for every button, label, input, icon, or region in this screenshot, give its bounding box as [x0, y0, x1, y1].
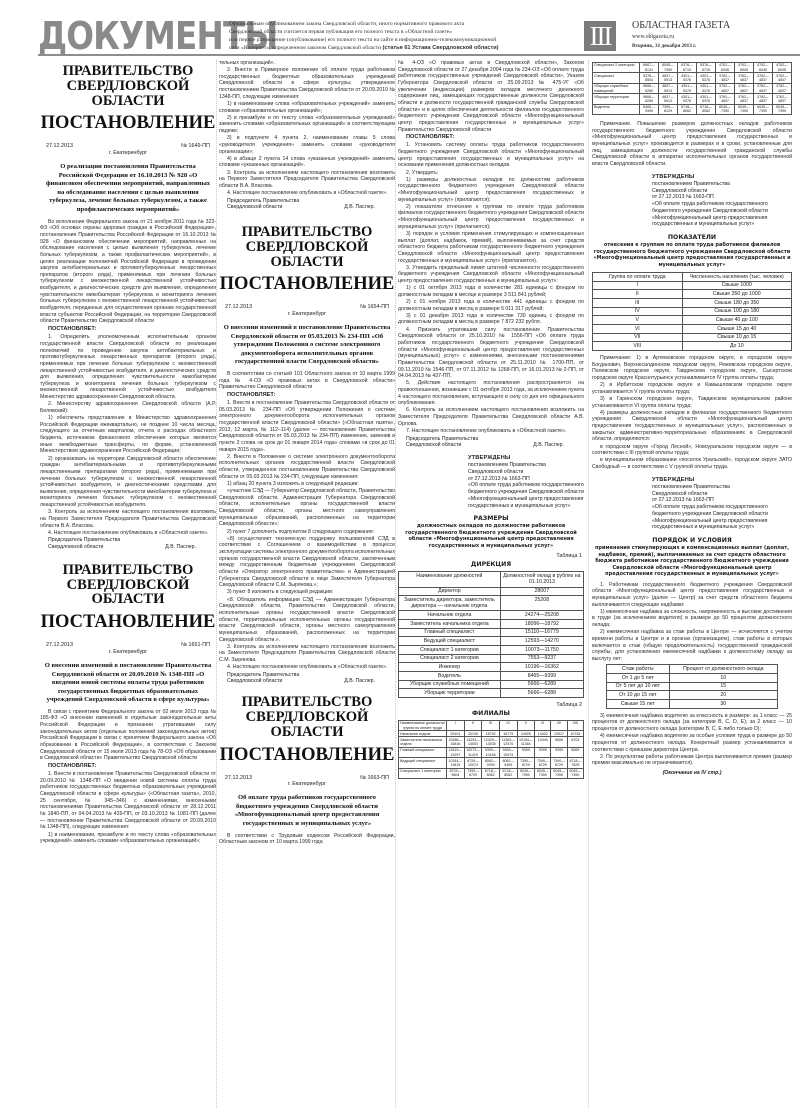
table-cell: 10154—11364 — [517, 737, 535, 747]
table-title: ДИРЕКЦИЯ — [398, 561, 584, 569]
table-cell: 28007 — [500, 587, 583, 596]
table-row: Водитель8465—9399 — [399, 672, 584, 681]
table-cell: 3762—4837 — [715, 83, 734, 93]
table-row: Главный специалист15110—16779 — [399, 628, 584, 637]
table-row: VIСвыше 15 до 40 — [593, 325, 792, 334]
decree-item: тельных организаций». — [219, 60, 395, 67]
approved-line: от 27.12.2013 № 1663-ПП — [468, 476, 584, 483]
decree-item: 1) размеры должностных окладов по должно… — [398, 177, 584, 204]
decree-number: № 1651-ПП — [181, 642, 210, 649]
decree-title: Об оплате труда работников государственн… — [223, 794, 391, 828]
decree-item: 3. Контроль за исполнением настоящего по… — [219, 644, 395, 664]
table-cell: 8062—9399 — [482, 758, 500, 768]
table-cell: 3762—4837 — [715, 94, 734, 104]
table-cell: Заместитель директора, заместитель дирек… — [399, 596, 501, 611]
table-cell: I — [593, 281, 683, 290]
decree-item: «участник СЭД — Губернатор Свердловской … — [219, 488, 395, 528]
page-number-badge: III — [584, 21, 616, 51]
gov-name-line: ПРАВИТЕЛЬСТВО — [219, 695, 395, 710]
table-row: VIIСвыше 10 до 15 — [593, 333, 792, 342]
gov-name-line: ПРАВИТЕЛЬСТВО — [219, 225, 395, 240]
table-cell: 3762—4837 — [734, 83, 753, 93]
decree-intro: Во исполнение Федерального закона от 21 … — [40, 219, 216, 326]
approved-label: УТВЕРЖДЕНЫ — [652, 477, 695, 483]
decree-date: 27.12.2013 — [225, 775, 252, 782]
approved-line: от 27.12.2013 № 1663-ПП — [652, 497, 792, 504]
table-row: IIСвыше 350 до 1000 — [593, 290, 792, 299]
table-cell: 3762—4837 — [753, 73, 772, 83]
decree-date: 27.12.2013 — [46, 642, 73, 649]
table-cell: 4702—6045 — [734, 63, 753, 73]
table-cell: 6718—7629 — [567, 758, 583, 768]
table-cell: 10344—11819 — [447, 758, 465, 768]
column-1: ПРАВИТЕЛЬСТВО СВЕРДЛОВСКОЙ ОБЛАСТИ ПОСТА… — [40, 60, 216, 845]
decree-item: 4. Признать утратившим силу постановлени… — [398, 327, 584, 380]
salary-table-directorate: Наименование должностей Должностной окла… — [398, 571, 584, 698]
signer-name: Д.В. Паслер. — [344, 204, 375, 211]
table-cell: 12593—14270 — [500, 637, 583, 646]
table-row: Специалист 1 категории8729—96047390—8729… — [399, 768, 584, 778]
table-cell: 7390—8129 — [658, 104, 677, 114]
table-row: IVСвыше 100 до 180 — [593, 307, 792, 316]
table-cell: Свыше 100 до 180 — [682, 307, 791, 316]
resolves-label: ПОСТАНОВЛЯЕТ: — [48, 763, 216, 770]
decree-item: 1. Установить систему оплаты труда работ… — [398, 142, 584, 169]
table-header: IV — [499, 720, 517, 730]
table-cell: 6045—7390 — [753, 104, 772, 114]
table-cell: 3762—4837 — [753, 83, 772, 93]
table-cell: 6718—8062 — [677, 104, 696, 114]
table-cell: Водитель — [399, 672, 501, 681]
table-cell: 7390—8729 — [517, 758, 535, 768]
table-cell: 4702—6045 — [772, 63, 791, 73]
table-body: IСвыше 1000IIСвыше 350 до 1000IIIСвыше 1… — [593, 281, 792, 350]
gov-name-line: СВЕРДЛОВСКОЙ — [219, 710, 395, 725]
section-subtitle: отнесения к группам по оплате труда рабо… — [592, 242, 792, 268]
column-divider — [395, 60, 396, 1108]
table-cell: III — [593, 299, 683, 308]
table-cell: 6045—7390 — [551, 768, 567, 778]
table-cell: 8062—9399 — [499, 758, 517, 768]
table-header: Численность населения (тыс. человек) — [682, 273, 791, 282]
gov-name-line: СВЕРДЛОВСКОЙ — [219, 240, 395, 255]
table-header: Стаж работы — [607, 665, 670, 674]
table-row: От 1 до 5 лет10 — [607, 674, 778, 683]
table-cell: Водитель — [593, 104, 640, 114]
table-cell: Уборщик служебных помещений — [399, 680, 501, 689]
decree-intro: В связи с принятием Федерального закона … — [40, 709, 216, 762]
note-bold: (статья 61 Устава Свердловской области) — [383, 45, 499, 51]
table-cell: Свыше 10 до 15 — [682, 333, 791, 342]
table-header: Должностной оклад в рублях на 01.10.2013 — [500, 572, 583, 587]
table-row: Заместитель директора, заместитель дирек… — [399, 596, 584, 611]
doc-type: ПОСТАНОВЛЕНИЕ — [219, 273, 395, 295]
table-cell: 6718—8062 — [482, 768, 500, 778]
approved-stamp: УТВЕРЖДЕНЫ постановлением Правительства … — [468, 455, 584, 510]
table-row: От 5 лет до 10 лет15 — [607, 682, 778, 691]
table-row: VIIIДо 10 — [593, 342, 792, 351]
decree-number: № 1654-ПП — [360, 304, 389, 311]
table-cell: 8465—9399 — [639, 104, 658, 114]
table-cell: 5666—6289 — [639, 83, 658, 93]
table-cell: 10073—11419 — [464, 747, 482, 757]
table-cell: Специалист 1 категории — [399, 768, 447, 778]
approved-label: УТВЕРЖДЕНЫ — [468, 455, 511, 461]
newspaper-url[interactable]: www.oblgazeta.ru — [632, 34, 674, 41]
table-cell: IV — [593, 307, 683, 316]
gov-name-line: ПРАВИТЕЛЬСТВО — [40, 563, 216, 578]
approved-line: Свердловской области — [652, 491, 792, 498]
table-cell: 4301—5376 — [696, 94, 715, 104]
signature-block: Председатель ПравительстваСвердловской о… — [406, 436, 584, 449]
decree-title: О внесении изменений в постановление Пра… — [44, 662, 212, 705]
table-row: Заместитель начальника отдела15286—16816… — [399, 737, 584, 747]
table-cell: Специалист 2 категории — [399, 654, 501, 663]
table-cell: 6045—7390 — [658, 63, 677, 73]
table-cell: 3762—4837 — [715, 73, 734, 83]
table-cell: 6718—8062 — [499, 768, 517, 778]
table-cell: 11819—13297 — [447, 747, 465, 757]
signer-title: Свердловской области — [406, 442, 478, 449]
decree-item: 4. Настоящее постановление опубликовать … — [219, 190, 395, 197]
table-cell: Директор — [399, 587, 501, 596]
table-row: Ведущий специалист12593—14270 — [399, 637, 584, 646]
table-cell: Свыше 40 до 100 — [682, 316, 791, 325]
table-cell: 4301—5376 — [696, 73, 715, 83]
table-cell: 5666—6289 — [500, 680, 583, 689]
table-cell: Ведущий специалист — [399, 637, 501, 646]
table-row: Заместитель начальника отдела18096—18792 — [399, 620, 584, 629]
column-4: Специалист 2 категории6667—81316045—7390… — [592, 60, 792, 777]
table-cell: 15 — [669, 682, 777, 691]
table-cell: Уборщик территории — [593, 94, 640, 104]
table-title: ФИЛИАЛЫ — [398, 710, 584, 718]
table-cell: Главный специалист — [399, 628, 501, 637]
resolves-label: ПОСТАНОВЛЯЕТ: — [227, 392, 395, 399]
table-row: Специалист 2 категории6667—81316045—7390… — [593, 63, 792, 73]
approved-label: УТВЕРЖДЕНЫ — [652, 174, 695, 180]
table-header: II — [464, 720, 482, 730]
decree-intro-cont: № 4-ОЗ «О правовых актах в Свердловской … — [398, 60, 584, 133]
salary-table-branches: Наименование должности/группа по оплате … — [398, 720, 584, 779]
table-row: IIIСвыше 180 до 350 — [593, 299, 792, 308]
table-cell: Уборщик территории — [399, 689, 501, 698]
table-cell: VII — [593, 333, 683, 342]
table-cell: 4702—6045 — [715, 63, 734, 73]
decree-item: 1) с 01 октября 2013 года в количестве 2… — [398, 285, 584, 298]
signature-block: Председатель ПравительстваСвердловской о… — [227, 198, 395, 211]
table-row: Начальник отдела24274—25208 — [399, 611, 584, 620]
table-row: Уборщик территории5666—6288 — [399, 689, 584, 698]
table-header: Наименование должности/группа по оплате … — [399, 720, 447, 730]
note-item: 4) размеры должностных окладов в филиала… — [592, 410, 792, 443]
decree-item: 1. Внести в постановление Правительства … — [40, 771, 216, 831]
table-row: Ведущий специалист10344—118198729—100748… — [399, 758, 584, 768]
decree-title: О реализации постановления Правительства… — [44, 163, 212, 214]
table-row: Инженер10196—16362 — [399, 663, 584, 672]
table-cell: 10 — [669, 674, 777, 683]
gov-name-line: СВЕРДЛОВСКОЙ — [40, 79, 216, 94]
signer-name: Д.В. Паслер. — [533, 442, 564, 449]
decree-header-1651: ПРАВИТЕЛЬСТВО СВЕРДЛОВСКОЙ ОБЛАСТИ ПОСТА… — [40, 563, 216, 633]
table-cell: 8703 — [567, 737, 583, 747]
table-cell: До 10 — [682, 342, 791, 351]
doc-type: ПОСТАНОВЛЕНИЕ — [219, 744, 395, 766]
table-cell: 12329—13535 — [482, 737, 500, 747]
table-cell: Начальник отдела — [399, 611, 501, 620]
note-line: Официальным опубликованием закона Свердл… — [229, 21, 569, 29]
table-cell: 4301—5376 — [696, 83, 715, 93]
signer-title: Свердловской области — [48, 544, 120, 551]
table-cell: 7390—8729 — [464, 768, 482, 778]
signer-title: Свердловской области — [227, 204, 299, 211]
newspaper-name: ОБЛАСТНАЯ ГАЗЕТА — [632, 20, 730, 33]
approved-stamp: УТВЕРЖДЕНЫ постановлением Правительства … — [652, 477, 792, 532]
dateline: 27.12.2013 № 1663-ПП — [219, 775, 395, 782]
decree-intro: В соответствии с Трудовым кодексом Росси… — [219, 833, 395, 846]
table-cell: Уборщик служебных помещений — [593, 83, 640, 93]
table-cell: II — [593, 290, 683, 299]
decree-item: 1. Внести в постановление Правительства … — [219, 400, 395, 453]
table-cell: 10073—11750 — [500, 646, 583, 655]
table-cell: 3762—4837 — [734, 73, 753, 83]
resolves-label: ПОСТАНОВЛЯЕТ: — [48, 326, 216, 333]
table-cell: Свыше 1000 — [682, 281, 791, 290]
signer-title: Свердловской области — [227, 678, 299, 685]
decree-item: 2) с 01 ноября 2013 года в количестве 44… — [398, 299, 584, 312]
table-cell: 3762—4837 — [772, 73, 791, 83]
column-2: тельных организаций». 2. Внести в Пример… — [219, 60, 395, 846]
section-subtitle: должностных окладов по должностям работн… — [398, 523, 584, 549]
note-text: сети «Интернет», определенном законом Св… — [229, 45, 381, 51]
decree-city: г. Екатеринбург — [219, 311, 395, 318]
decree-item: 3. Контроль за исполнением настоящего по… — [219, 170, 395, 190]
table-cell: 6667—8131 — [639, 63, 658, 73]
table-cell: V — [593, 316, 683, 325]
decree-date: 27.12.2013 — [225, 304, 252, 311]
decree-item: 7. Настоящее постановление опубликовать … — [398, 428, 584, 435]
dateline: 27.12.2013 № 1651-ПП — [40, 642, 216, 649]
table-body: Начальник отдела251012013518792167791492… — [399, 731, 584, 779]
signature-block: Председатель ПравительстваСвердловской о… — [48, 537, 216, 550]
decree-item: 1) в наименовании слова «образовательных… — [219, 101, 395, 114]
table-cell: Специалист — [593, 73, 640, 83]
table-cell: 9606 — [551, 737, 567, 747]
decree-city: г. Екатеринбург — [219, 781, 395, 788]
table-cell: Заместитель начальника отдела — [399, 620, 501, 629]
gov-name-line: ОБЛАСТИ — [40, 592, 216, 607]
table-cell: 9399 — [551, 747, 567, 757]
table-caption: Таблица 2 — [398, 702, 582, 709]
table-cell: Инженер — [399, 663, 501, 672]
decree-item: 2) пункт 7 дополнить подпунктом 8 следую… — [219, 529, 395, 536]
approved-line: Свердловской области — [468, 469, 584, 476]
dateline: 27.12.2013 № 1649-ПП — [40, 143, 216, 150]
table-row: Свыше 15 лет30 — [607, 700, 778, 709]
table-cell: 6045—7390 — [535, 768, 551, 778]
approved-line: постановлением Правительства — [652, 181, 792, 188]
table-body: От 1 до 5 лет10От 5 лет до 10 лет15От 10… — [607, 674, 778, 709]
table-cell: 9399 — [517, 747, 535, 757]
table-row: Уборщик служебных помещений5666—62894837… — [593, 83, 792, 93]
table-cell: От 5 лет до 10 лет — [607, 682, 670, 691]
note-item: в муниципальном образовании «поселок Ура… — [592, 457, 792, 470]
table-row: Специалист 2 категории7553—9237 — [399, 654, 584, 663]
decree-item: 1. Определить уполномоченным исполнитель… — [40, 334, 216, 401]
column-3: № 4-ОЗ «О правовых актах в Свердловской … — [398, 60, 584, 783]
continued-note: (Окончание на IV стр.) — [592, 770, 792, 777]
decree-item: 6. Контроль за исполнением настоящего по… — [398, 407, 584, 427]
table-cell: 8069 — [567, 747, 583, 757]
issue-date: Вторник, 31 декабря 2013 г. — [632, 43, 696, 50]
table-cell: 7390—8729 — [551, 758, 567, 768]
table-cell: 5378—6504 — [639, 73, 658, 83]
table-header: Наименование должностей — [399, 572, 501, 587]
decree-number: № 1663-ПП — [360, 775, 389, 782]
approved-line: от 27.12.2013 № 1663-ПП — [652, 194, 792, 201]
table-cell: 7553—9237 — [500, 654, 583, 663]
table-row: От 10 до 15 лет20 — [607, 691, 778, 700]
decree-item: 2. Министерству здравоохранения Свердлов… — [40, 401, 216, 414]
table-cell: 15286—16816 — [447, 737, 465, 747]
table-body: Специалист 2 категории6667—81316045—7390… — [593, 63, 792, 115]
table-cell: 3762—4837 — [772, 94, 791, 104]
decree-item: 2. Утвердить: — [398, 170, 584, 177]
seniority-table: Стаж работы Процент от должностного окла… — [606, 664, 778, 708]
table-cell: 4301—5376 — [677, 83, 696, 93]
gov-name-line: ОБЛАСТИ — [219, 725, 395, 740]
decree-item: 3) пункт 8 изложить в следующей редакции… — [219, 589, 395, 596]
note-item: Примечание: 1) в Артемовском городском о… — [592, 355, 792, 382]
table-cell: От 1 до 5 лет — [607, 674, 670, 683]
table-cell: 4702—6045 — [753, 63, 772, 73]
signature-block: Председатель ПравительстваСвердловской о… — [227, 672, 395, 685]
decree-item: 1) абзац 20 пункта 3 изложить в следующе… — [219, 481, 395, 488]
table-cell: VI — [593, 325, 683, 334]
table-header: I — [447, 720, 465, 730]
note-line: Свердловской области считается первая пу… — [229, 29, 569, 37]
section-subtitle: применения стимулирующих и компенсационн… — [592, 545, 792, 578]
table-cell: 10196—16362 — [500, 663, 583, 672]
gov-name-line: СВЕРДЛОВСКОЙ — [40, 578, 216, 593]
table-cell: Специалист 2 категории — [593, 63, 640, 73]
table-cell: 8729—10074 — [464, 758, 482, 768]
table-cell: 4837—5913 — [658, 83, 677, 93]
table-body: Директор28007Заместитель директора, заме… — [399, 587, 584, 698]
table-row: Уборщик служебных помещений5666—6289 — [399, 680, 584, 689]
table-cell: 9399—10074 — [499, 747, 517, 757]
decree-item: 4) в абзаце 2 пункта 14 слова «указанных… — [219, 156, 395, 169]
signer-name: Д.В. Паслер. — [344, 678, 375, 685]
gov-name-line: ОБЛАСТИ — [40, 94, 216, 109]
column-divider — [216, 60, 217, 1108]
masthead: ДОКУМЕНТЫ Официальным опубликованием зак… — [0, 0, 800, 60]
signer-name: Д.В. Паслер. — [165, 544, 196, 551]
table-cell: 5666—6289 — [639, 94, 658, 104]
decree-item: 4. Настоящее постановление опубликовать … — [219, 664, 395, 671]
procedure-para: 2. По результатам работы работникам Цент… — [592, 754, 792, 767]
table-header: Процент от должностного оклада — [669, 665, 777, 674]
note-item: 3) в Гаринском городском округе, Тавдинс… — [592, 396, 792, 409]
table-row: Начальник отдела251012013518792167791492… — [399, 731, 584, 737]
table-cell: 6045—7390 — [772, 104, 791, 114]
approved-line: «Об оплате труда работников государствен… — [652, 201, 792, 228]
table-cell: Ведущий специалист — [399, 758, 447, 768]
decree-item: 3. Утвердить предельный лимит штатной чи… — [398, 265, 584, 285]
section-title-indicators: ПОКАЗАТЕЛИ — [592, 234, 792, 242]
table-cell: 13293—14503 — [464, 737, 482, 747]
table-cell: Заместитель начальника отдела — [399, 737, 447, 747]
table-cell: 18096—18792 — [500, 620, 583, 629]
decree-item: 2) организовать на территории Свердловск… — [40, 456, 216, 509]
decree-item: 3. Контроль за исполнением настоящего по… — [40, 509, 216, 529]
procedure-para: 3) ежемесячная надбавка водителю за клас… — [592, 713, 792, 733]
decree-item: 4. Настоящее постановление опубликовать … — [40, 530, 216, 537]
table-row: Специалист5378—65044837—59134301—5376430… — [593, 73, 792, 83]
approved-line: постановлением Правительства — [468, 462, 584, 469]
procedure-para: 2) ежемесячная надбавка за стаж работы в… — [592, 629, 792, 662]
decree-intro: В соответствии со статьей 101 Областного… — [219, 371, 395, 391]
table-cell: 25208 — [500, 596, 583, 611]
table-caption: Таблица 1 — [398, 553, 582, 560]
decree-item: 1) обеспечить представление в Министерст… — [40, 415, 216, 455]
table-cell: 3762—4837 — [753, 94, 772, 104]
table-cell: 9399 — [535, 747, 551, 757]
table-row: IСвыше 1000 — [593, 281, 792, 290]
table-header: VII — [551, 720, 567, 730]
decree-item: 2) в преамбуле и по тексту слова «образо… — [219, 115, 395, 135]
note-line: или первое размещение (опубликование) ег… — [229, 37, 569, 45]
decree-city: г. Екатеринбург — [40, 649, 216, 656]
decree-date: 27.12.2013 — [46, 143, 73, 150]
table-header: III — [482, 720, 500, 730]
table-cell: Свыше 15 лет — [607, 700, 670, 709]
table-cell: VIII — [593, 342, 683, 351]
table-note: Примечание. Повышение размеров должностн… — [592, 121, 792, 168]
table-header: V — [517, 720, 535, 730]
table-header-row: Наименование должности/группа по оплате … — [399, 720, 584, 730]
table-cell: 5376—6719 — [677, 63, 696, 73]
table-header: VIII — [567, 720, 583, 730]
table-cell: 4301—5376 — [677, 94, 696, 104]
table-cell: 5666—6288 — [500, 689, 583, 698]
table-row: Уборщик территории5666—62894837—59134301… — [593, 94, 792, 104]
table-cell: Свыше 180 до 350 — [682, 299, 791, 308]
table-cell: 10440 — [535, 737, 551, 747]
table-row: Водитель8465—93997390—81296718—80626718—… — [593, 104, 792, 114]
table-row: Главный специалист11819—1329710073—11419… — [399, 747, 584, 757]
decree-item: «8. Обладатель информации СЭД — Админист… — [219, 597, 395, 644]
note-item: 2) в Ирбитском городском округе и Камышл… — [592, 382, 792, 395]
table-cell: 11363—12570 — [499, 737, 517, 747]
decree-city: г. Екатеринбург — [40, 150, 216, 157]
table-cell: 6718—8062 — [696, 104, 715, 114]
table-cell: 6045—7390 — [567, 768, 583, 778]
decree-item: 5. Действие настоящего постановления рас… — [398, 380, 584, 407]
table-cell: 6045—7390 — [734, 104, 753, 114]
table-cell: 6045—7390 — [715, 104, 734, 114]
approved-line: постановлением Правительства — [652, 484, 792, 491]
table-row: Специалист 1 категории10073—11750 — [399, 646, 584, 655]
procedure-para: 4) ежемесячная надбавка водителю за особ… — [592, 733, 792, 753]
table-cell: 30 — [669, 700, 777, 709]
table-cell: Главный специалист — [399, 747, 447, 757]
table-row: Директор28007 — [399, 587, 584, 596]
decree-item: 2. Внести в Положение о системе электрон… — [219, 454, 395, 481]
column-divider — [588, 60, 589, 1108]
note-item: в городском округе «Город Лесной», Новоу… — [592, 444, 792, 457]
table-cell: 9399—10146 — [482, 747, 500, 757]
